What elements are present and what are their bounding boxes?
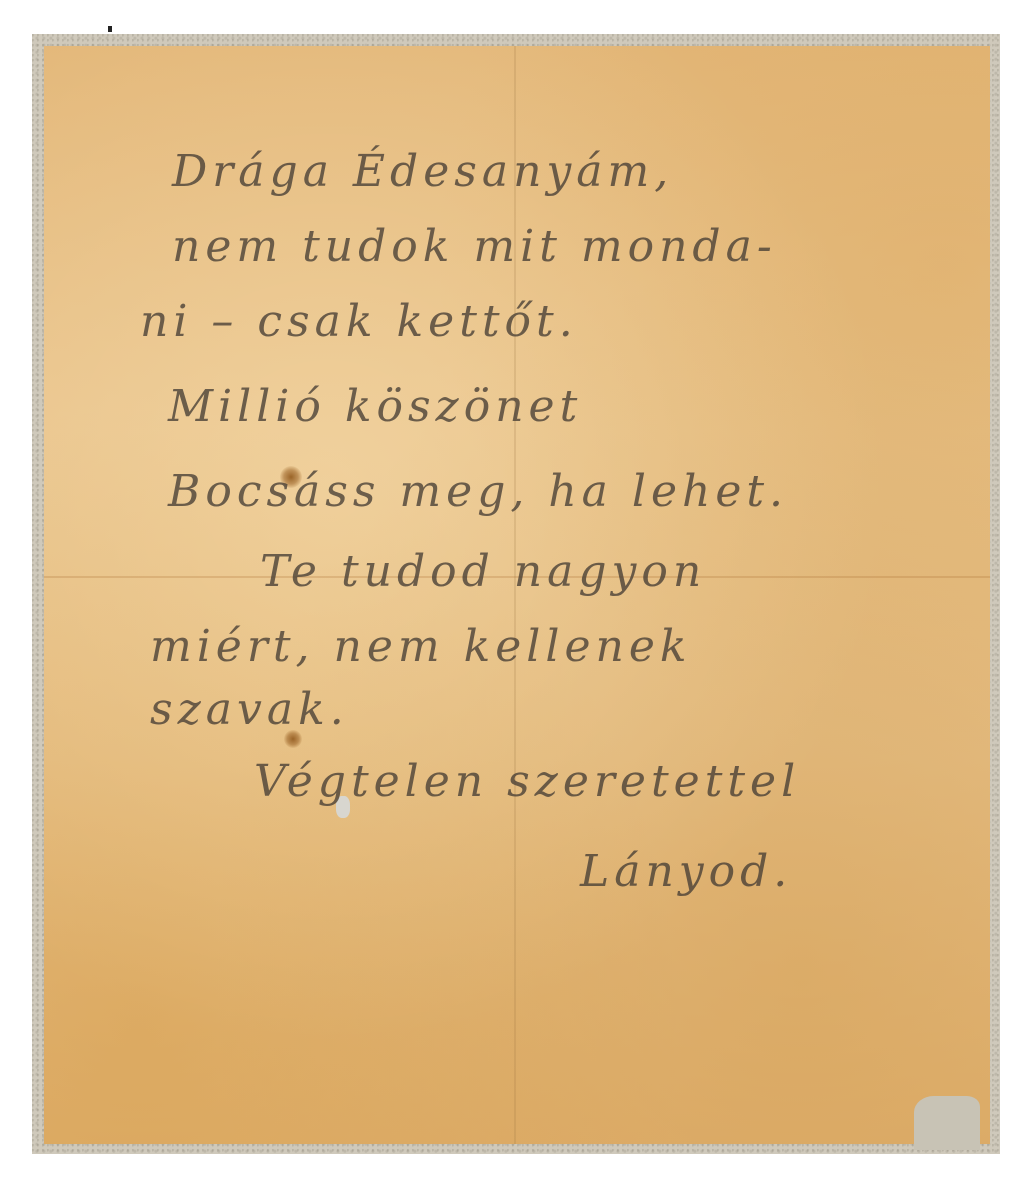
scan-mark (108, 26, 112, 32)
letter-paper: Drága Édesanyám, nem tudok mit monda- ni… (44, 46, 990, 1144)
salutation: Drága Édesanyám, (172, 146, 673, 197)
signature: Lányod. (580, 846, 792, 897)
closing: Végtelen szeretettel (254, 756, 800, 807)
letter-line: szavak. (150, 684, 349, 735)
letter-line: nem tudok mit monda- (172, 221, 777, 272)
letter-line: ni – csak kettőt. (140, 296, 578, 347)
letter-line: Millió köszönet (168, 381, 582, 432)
letter-line: Bocsáss meg, ha lehet. (168, 466, 788, 517)
letter-line: miért, nem kellenek (150, 621, 692, 672)
letter-line: Te tudod nagyon (260, 546, 706, 597)
handwritten-letter: Drága Édesanyám, nem tudok mit monda- ni… (44, 46, 990, 1144)
